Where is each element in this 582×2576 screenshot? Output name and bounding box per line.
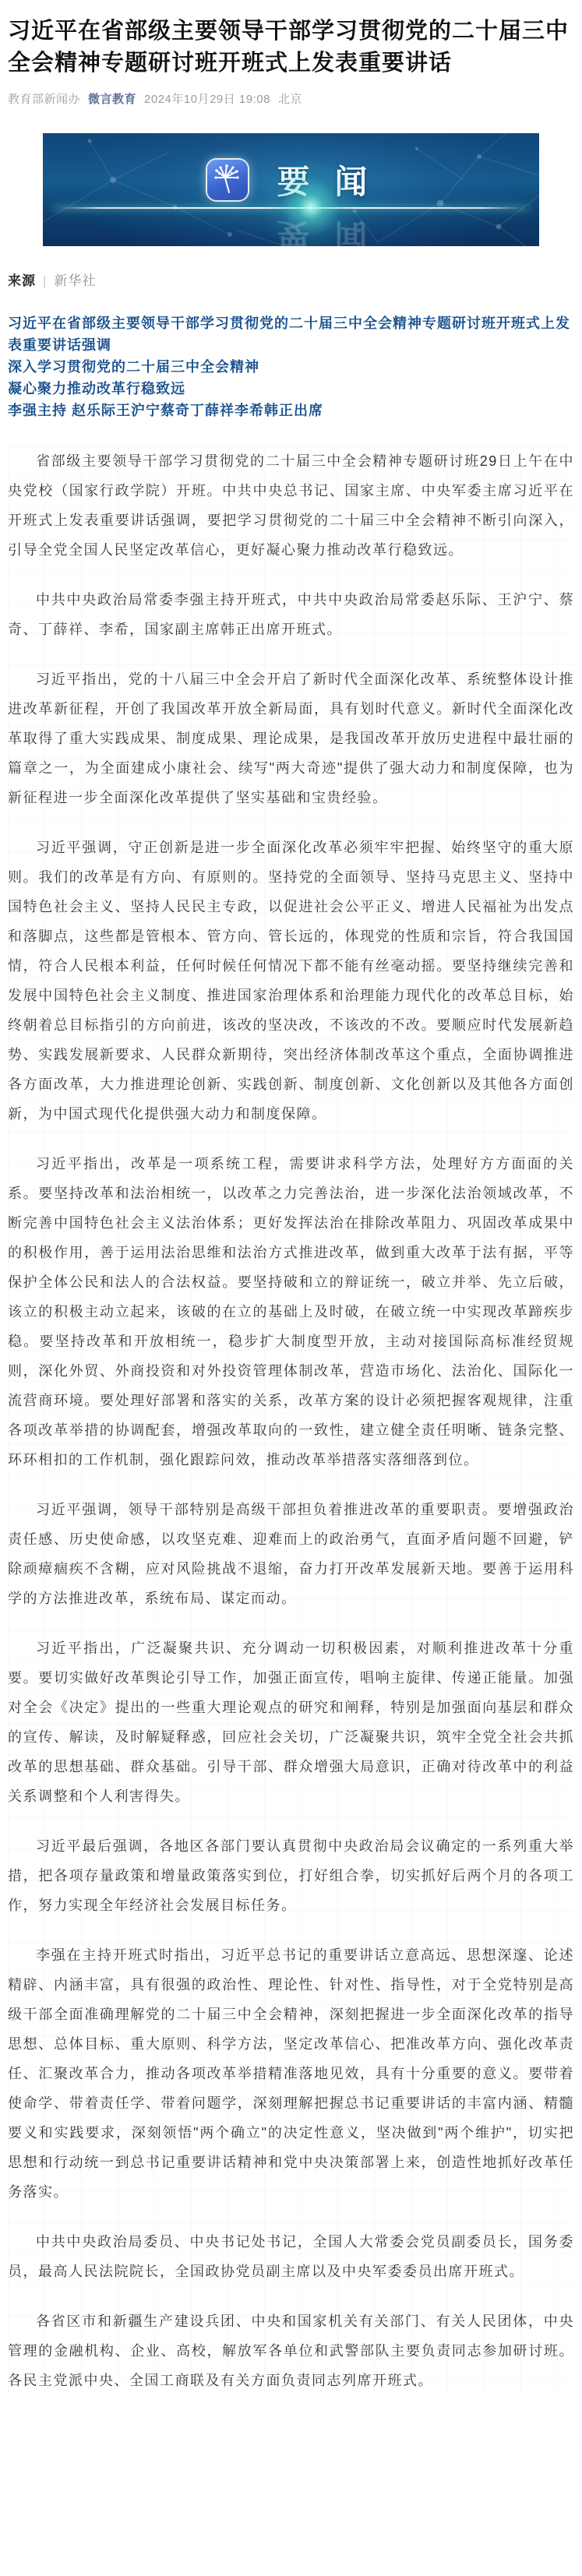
paragraph: 习近平最后强调，各地区各部门要认真贯彻中央政治局会议确定的一系列重大举措，把各项… bbox=[8, 1831, 574, 1920]
article-body: 省部级主要领导干部学习贯彻党的二十届三中全会精神专题研讨班29日上午在中央党校（… bbox=[8, 446, 574, 2395]
source-row: 来源|新华社 bbox=[8, 270, 574, 289]
paragraph: 省部级主要领导干部学习贯彻党的二十届三中全会精神专题研讨班29日上午在中央党校（… bbox=[8, 446, 574, 565]
subhead-line: 李强主持 赵乐际王沪宁蔡奇丁薛祥李希韩正出席 bbox=[8, 400, 574, 421]
paragraph: 各省区市和新疆生产建设兵团、中央和国家机关有关部门、有关人民团体，中央管理的金融… bbox=[8, 2306, 574, 2395]
paragraph: 习近平指出，改革是一项系统工程，需要讲求科学方法，处理好方方面面的关系。要坚持改… bbox=[8, 1149, 574, 1475]
weiyan-logo-icon bbox=[207, 160, 248, 200]
source-label: 来源 bbox=[8, 273, 36, 288]
source-divider: | bbox=[43, 273, 47, 288]
yaowen-banner-image[interactable]: 要 闻 要 闻 bbox=[43, 133, 539, 246]
paragraph: 习近平指出，党的十八届三中全会开启了新时代全面深化改革、系统整体设计推进改革新征… bbox=[8, 664, 574, 812]
byline-datetime: 2024年10月29日 19:08 bbox=[144, 93, 270, 106]
paragraph: 习近平强调，领导干部特别是高级干部担负着推进改革的重要职责。要增强政治责任感、历… bbox=[8, 1495, 574, 1613]
subhead-line: 凝心聚力推动改革行稳致远 bbox=[8, 378, 574, 400]
subhead-line: 习近平在省部级主要领导干部学习贯彻党的二十届三中全会精神专题研讨班开班式上发表重… bbox=[8, 312, 574, 356]
paragraph: 中共中央政治局常委李强主持开班式，中共中央政治局常委赵乐际、王沪宁、蔡奇、丁薛祥… bbox=[8, 585, 574, 644]
article-page: 习近平在省部级主要领导干部学习贯彻党的二十届三中全会精神专题研讨班开班式上发表重… bbox=[0, 0, 582, 2422]
page-title: 习近平在省部级主要领导干部学习贯彻党的二十届三中全会精神专题研讨班开班式上发表重… bbox=[8, 16, 574, 79]
byline: 教育部新闻办微言教育2024年10月29日 19:08北京 bbox=[8, 90, 574, 107]
byline-location: 北京 bbox=[278, 93, 302, 106]
subhead-line: 深入学习贯彻党的二十届三中全会精神 bbox=[8, 356, 574, 378]
paragraph: 习近平指出，广泛凝聚共识、充分调动一切积极因素，对顺利推进改革十分重要。要切实做… bbox=[8, 1633, 574, 1811]
paragraph: 李强在主持开班式时指出，习近平总书记的重要讲话立意高远、思想深邃、论述精辟、内涵… bbox=[8, 1940, 574, 2207]
source-value: 新华社 bbox=[54, 273, 96, 288]
subhead-block: 习近平在省部级主要领导干部学习贯彻党的二十届三中全会精神专题研讨班开班式上发表重… bbox=[8, 312, 574, 421]
account-link[interactable]: 微言教育 bbox=[88, 93, 136, 106]
banner-title-reflection: 要 闻 bbox=[277, 214, 376, 246]
byline-author: 教育部新闻办 bbox=[8, 93, 80, 106]
paragraph: 习近平强调，守正创新是进一步全面深化改革必须牢牢把握、始终坚守的重大原则。我们的… bbox=[8, 833, 574, 1129]
paragraph: 中共中央政治局委员、中央书记处书记，全国人大常委会党员副委员长，国务委员，最高人… bbox=[8, 2227, 574, 2286]
